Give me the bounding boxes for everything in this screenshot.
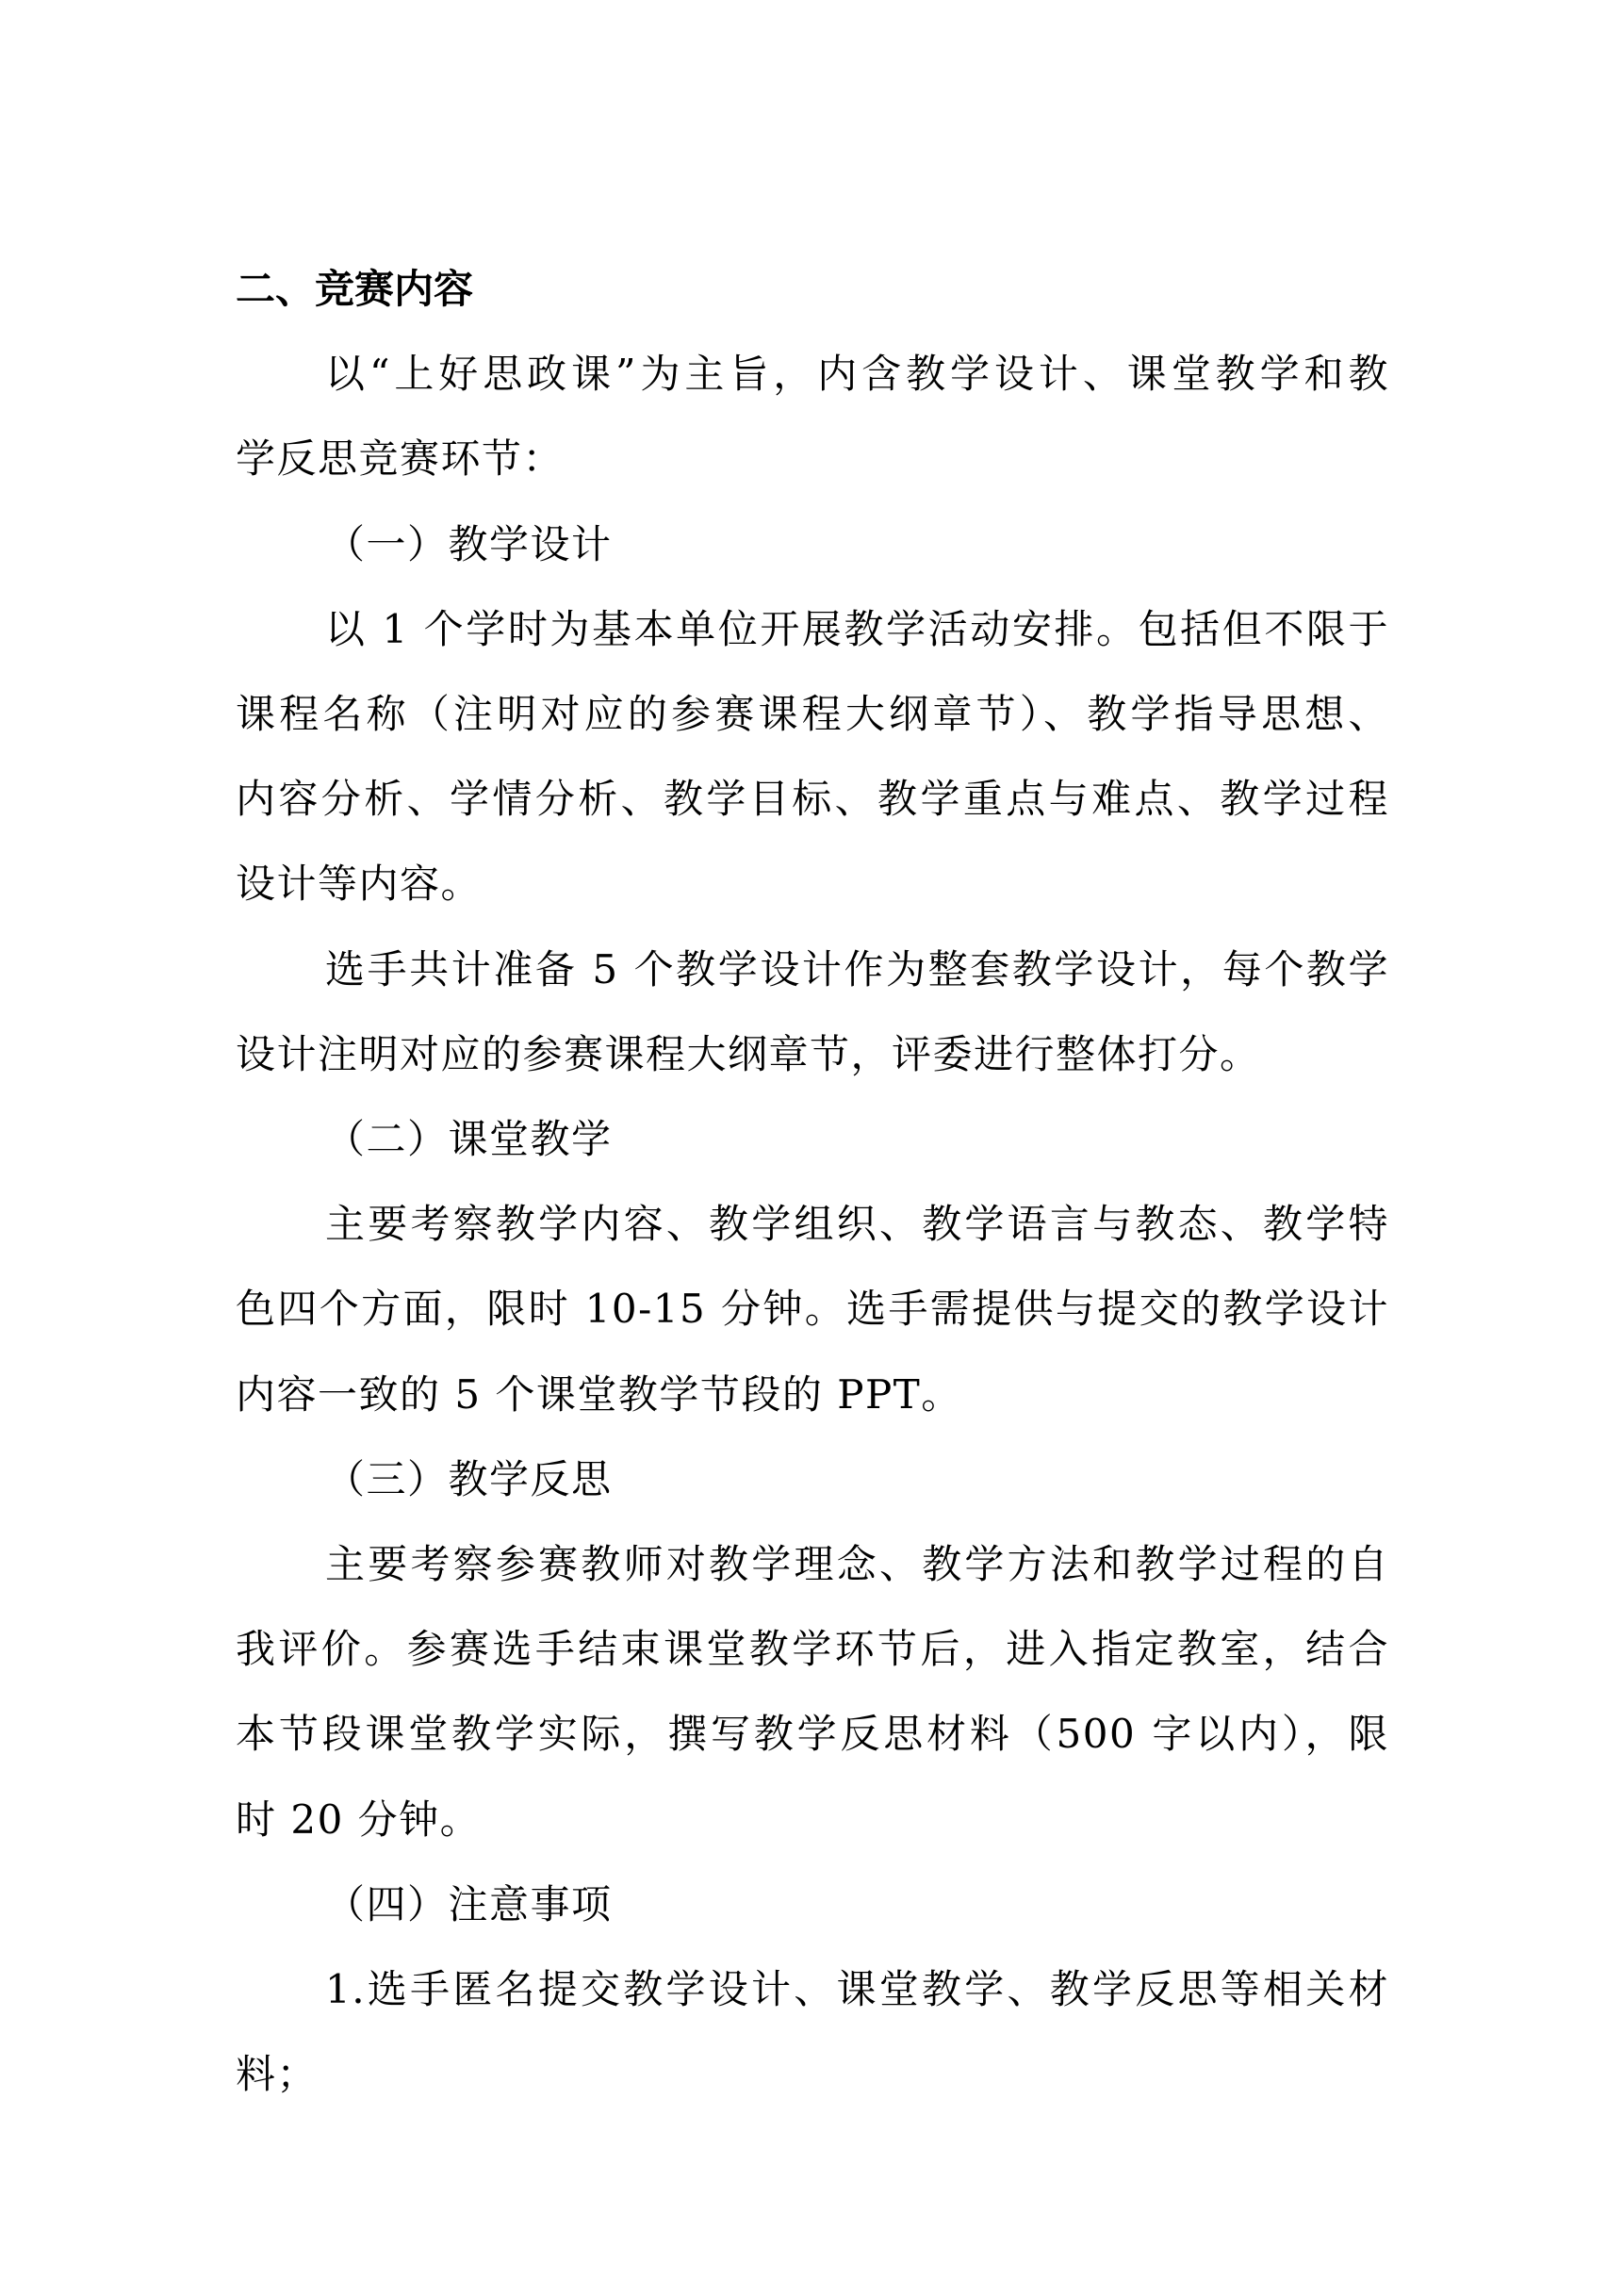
text-line: 主要考察参赛教师对教学理念、教学方法和教学过程的自 <box>236 1522 1389 1607</box>
text-line: 色四个方面，限时 10-15 分钟。选手需提供与提交的教学设计 <box>236 1267 1389 1352</box>
paragraph-teaching-design-2: 选手共计准备 5 个教学设计作为整套教学设计，每个教学 设计注明对应的参赛课程大… <box>236 927 1389 1097</box>
text-line: 内容分析、学情分析、教学目标、教学重点与难点、教学过程 <box>236 757 1389 842</box>
subsection-title-teaching-reflection: （三）教学反思 <box>236 1437 1389 1522</box>
text-line: 料； <box>236 2032 1389 2117</box>
paragraph-teaching-reflection: 主要考察参赛教师对教学理念、教学方法和教学过程的自 我评价。参赛选手结束课堂教学… <box>236 1522 1389 1862</box>
text-line: 本节段课堂教学实际，撰写教学反思材料（500 字以内），限 <box>236 1692 1389 1777</box>
subsection-title: （三）教学反思 <box>236 1437 1389 1522</box>
text-line: 设计注明对应的参赛课程大纲章节，评委进行整体打分。 <box>236 1012 1389 1097</box>
text-line: 时 20 分钟。 <box>236 1778 1389 1862</box>
section-heading: 二、竞赛内容 <box>236 247 1389 332</box>
text-line: 选手共计准备 5 个教学设计作为整套教学设计，每个教学 <box>236 927 1389 1012</box>
text-line: 以“上好思政课”为主旨，内含教学设计、课堂教学和教 <box>236 332 1389 417</box>
subsection-title: （一）教学设计 <box>236 502 1389 587</box>
subsection-title-teaching-design: （一）教学设计 <box>236 502 1389 587</box>
document-page: 二、竞赛内容 以“上好思政课”为主旨，内含教学设计、课堂教学和教 学反思竞赛环节… <box>236 247 1389 2117</box>
subsection-title-notes: （四）注意事项 <box>236 1862 1389 1947</box>
paragraph-classroom-teaching: 主要考察教学内容、教学组织、教学语言与教态、教学特 色四个方面，限时 10-15… <box>236 1182 1389 1437</box>
text-line: 内容一致的 5 个课堂教学节段的 PPT。 <box>236 1353 1389 1437</box>
subsection-title: （四）注意事项 <box>236 1862 1389 1947</box>
paragraph-intro: 以“上好思政课”为主旨，内含教学设计、课堂教学和教 学反思竞赛环节： <box>236 332 1389 501</box>
subsection-title-classroom-teaching: （二）课堂教学 <box>236 1097 1389 1182</box>
text-line: 以 1 个学时为基本单位开展教学活动安排。包括但不限于 <box>236 587 1389 672</box>
text-line: 我评价。参赛选手结束课堂教学环节后，进入指定教室，结合 <box>236 1607 1389 1692</box>
paragraph-teaching-design-1: 以 1 个学时为基本单位开展教学活动安排。包括但不限于 课程名称（注明对应的参赛… <box>236 587 1389 927</box>
text-line: 设计等内容。 <box>236 842 1389 927</box>
text-line: 课程名称（注明对应的参赛课程大纲章节）、教学指导思想、 <box>236 672 1389 757</box>
paragraph-notes-item-1: 1.选手匿名提交教学设计、课堂教学、教学反思等相关材 料； <box>236 1947 1389 2117</box>
text-line: 主要考察教学内容、教学组织、教学语言与教态、教学特 <box>236 1182 1389 1267</box>
text-line: 学反思竞赛环节： <box>236 417 1389 501</box>
text-line: 1.选手匿名提交教学设计、课堂教学、教学反思等相关材 <box>236 1947 1389 2032</box>
subsection-title: （二）课堂教学 <box>236 1097 1389 1182</box>
